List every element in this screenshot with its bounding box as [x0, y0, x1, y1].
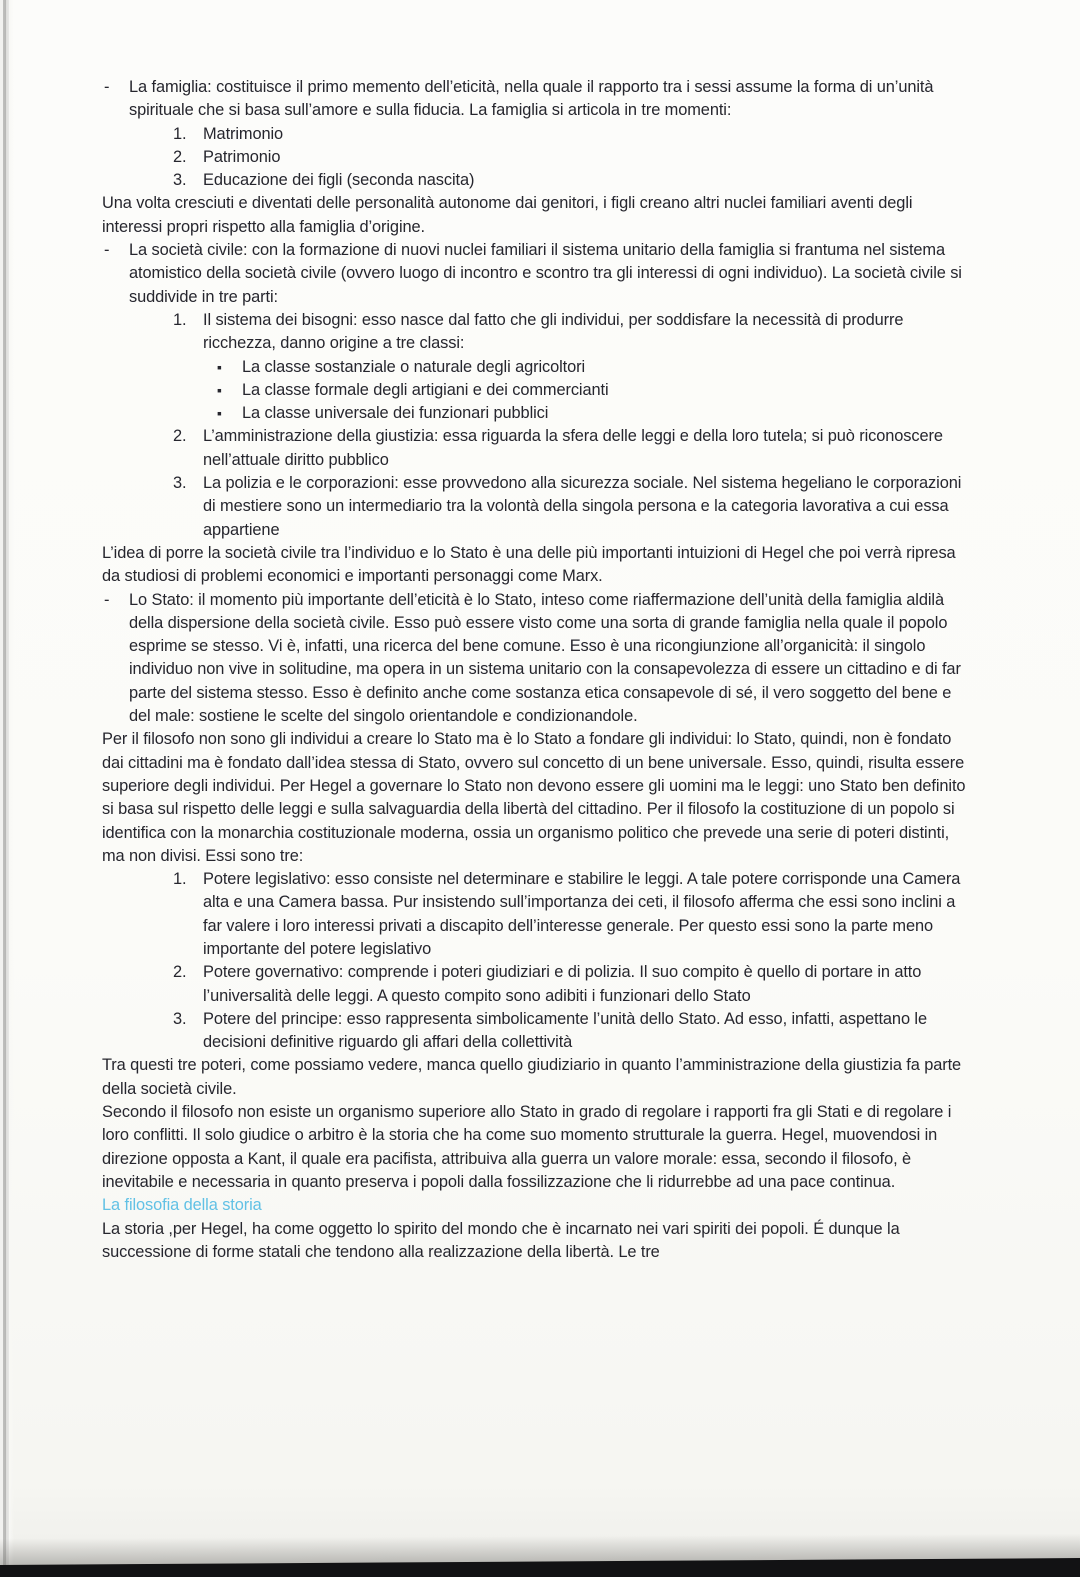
list-item-text: L’amministrazione della giustizia: essa …: [203, 425, 974, 472]
list-number: 3.: [173, 472, 186, 495]
paper-left-edge: [0, 0, 14, 1577]
numbered-item-educazione: 3. Educazione dei figli (seconda nascita…: [102, 169, 974, 192]
list-number: 3.: [173, 169, 186, 192]
list-number: 1.: [173, 868, 186, 891]
bullet-item-lo-stato: - Lo Stato: il momento più importante de…: [102, 589, 974, 729]
bullet-text-famiglia: La famiglia: costituisce il primo mement…: [129, 76, 974, 123]
list-item-text: Potere governativo: comprende i poteri g…: [203, 961, 974, 1008]
square-bullet-icon: ▪: [217, 356, 222, 379]
bullet-item-famiglia: - La famiglia: costituisce il primo meme…: [102, 76, 974, 123]
bullet-text-societa: La società civile: con la formazione di …: [129, 239, 974, 309]
dash-bullet-icon: -: [104, 76, 109, 99]
bullet-text-stato: Lo Stato: il momento più importante dell…: [129, 589, 974, 729]
numbered-item-patrimonio: 2. Patrimonio: [102, 146, 974, 169]
numbered-item-potere-principe: 3. Potere del principe: esso rappresenta…: [102, 1008, 974, 1055]
paragraph-secondo-filosofo: Secondo il filosofo non esiste un organi…: [102, 1101, 974, 1194]
notes-text-block: - La famiglia: costituisce il primo meme…: [102, 76, 974, 1264]
numbered-item-sistema-bisogni: 1. Il sistema dei bisogni: esso nasce da…: [102, 309, 974, 356]
list-number: 2.: [173, 961, 186, 984]
square-bullet-icon: ▪: [217, 402, 222, 425]
square-item-text: La classe sostanziale o naturale degli a…: [242, 356, 974, 379]
paragraph-cresciuti: Una volta cresciuti e diventati delle pe…: [102, 192, 974, 239]
numbered-item-amministrazione-giustizia: 2. L’amministrazione della giustizia: es…: [102, 425, 974, 472]
numbered-item-potere-governativo: 2. Potere governativo: comprende i poter…: [102, 961, 974, 1008]
square-item-text: La classe formale degli artigiani e dei …: [242, 379, 974, 402]
list-item-text: Potere del principe: esso rappresenta si…: [203, 1008, 974, 1055]
list-number: 2.: [173, 425, 186, 448]
section-heading-filosofia-storia: La filosofia della storia: [102, 1194, 974, 1217]
list-item-text: Patrimonio: [203, 146, 974, 169]
bullet-item-societa-civile: - La società civile: con la formazione d…: [102, 239, 974, 309]
dash-bullet-icon: -: [104, 589, 109, 612]
list-item-text: Il sistema dei bisogni: esso nasce dal f…: [203, 309, 974, 356]
square-item-classe-universale: ▪ La classe universale dei funzionari pu…: [102, 402, 974, 425]
list-item-text: Potere legislativo: esso consiste nel de…: [203, 868, 974, 961]
list-number: 1.: [173, 123, 186, 146]
paragraph-idea-marx: L’idea di porre la società civile tra l’…: [102, 542, 974, 589]
paragraph-tre-poteri: Tra questi tre poteri, come possiamo ved…: [102, 1054, 974, 1101]
square-bullet-icon: ▪: [217, 379, 222, 402]
paragraph-storia: La storia ,per Hegel, ha come oggetto lo…: [102, 1218, 974, 1265]
numbered-item-matrimonio: 1. Matrimonio: [102, 123, 974, 146]
list-number: 2.: [173, 146, 186, 169]
square-item-classe-sostanziale: ▪ La classe sostanziale o naturale degli…: [102, 356, 974, 379]
dash-bullet-icon: -: [104, 239, 109, 262]
scanned-notes-page: - La famiglia: costituisce il primo meme…: [0, 0, 1080, 1577]
list-number: 1.: [173, 309, 186, 332]
square-item-text: La classe universale dei funzionari pubb…: [242, 402, 974, 425]
list-item-text: La polizia e le corporazioni: esse provv…: [203, 472, 974, 542]
square-item-classe-formale: ▪ La classe formale degli artigiani e de…: [102, 379, 974, 402]
list-number: 3.: [173, 1008, 186, 1031]
numbered-item-polizia-corporazioni: 3. La polizia e le corporazioni: esse pr…: [102, 472, 974, 542]
list-item-text: Matrimonio: [203, 123, 974, 146]
paragraph-filosofo-stato: Per il filosofo non sono gli individui a…: [102, 728, 974, 868]
numbered-item-potere-legislativo: 1. Potere legislativo: esso consiste nel…: [102, 868, 974, 961]
list-item-text: Educazione dei figli (seconda nascita): [203, 169, 974, 192]
